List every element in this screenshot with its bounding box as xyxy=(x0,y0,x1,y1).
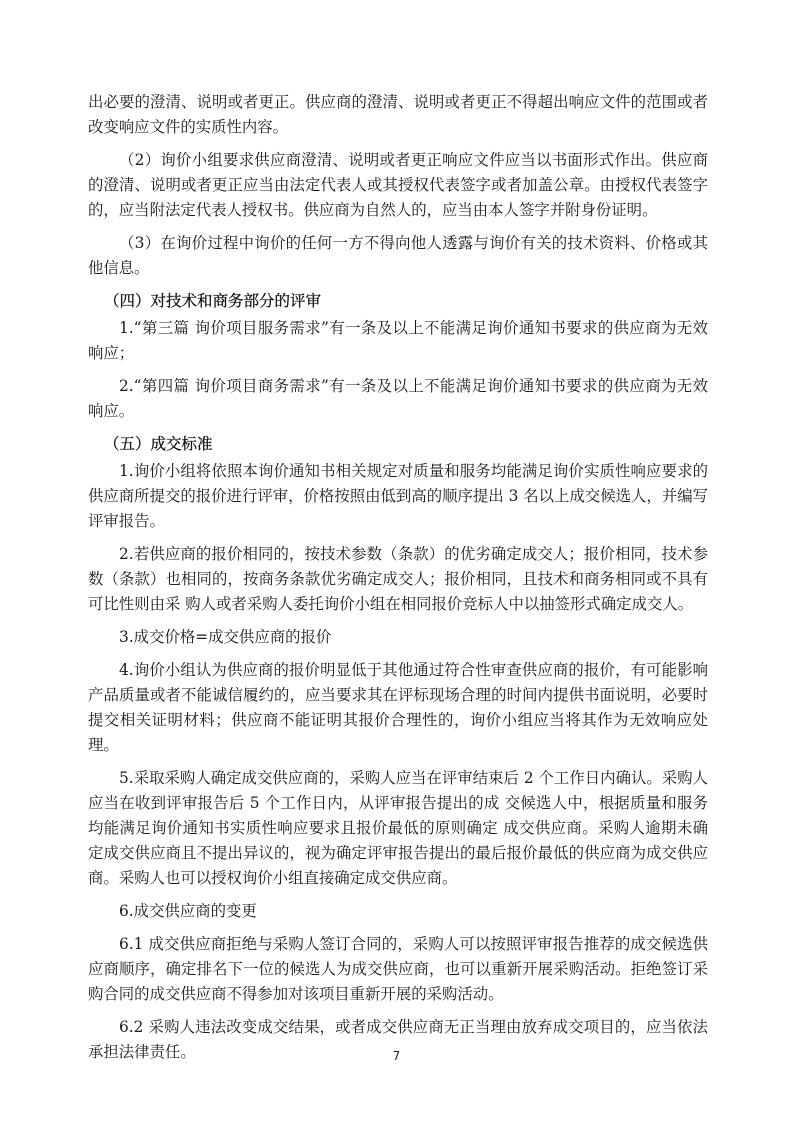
paragraph-confidentiality: （3）在询价过程中询价的任何一方不得向他人透露与询价有关的技术资料、价格或其他信… xyxy=(88,231,708,281)
paragraph-clarification-written-form: （2）询价小组要求供应商澄清、说明或者更正响应文件应当以书面形式作出。供应商的澄… xyxy=(88,148,708,223)
paragraph-supplier-refusal: 6.1 成交供应商拒绝与采购人签订合同的，采购人可以按照评审报告推荐的成交候选供… xyxy=(88,932,708,1007)
paragraph-award-evaluation: 1.询价小组将依照本询价通知书相关规定对质量和服务均能满足询价实质性响应要求的供… xyxy=(88,459,708,534)
document-page: 出必要的澄清、说明或者更正。供应商的澄清、说明或者更正不得超出响应文件的范围或者… xyxy=(88,90,708,1073)
page-number: 7 xyxy=(0,1049,793,1063)
paragraph-clarification-scope: 出必要的澄清、说明或者更正。供应商的澄清、说明或者更正不得超出响应文件的范围或者… xyxy=(88,90,708,140)
paragraph-commercial-requirements: 2.“第四篇 询价项目商务需求”有一条及以上不能满足询价通知书要求的供应商为无效… xyxy=(88,374,708,424)
paragraph-supplier-change-title: 6.成交供应商的变更 xyxy=(88,899,708,924)
section-heading-technical-commercial-review: （四）对技术和商务部分的评审 xyxy=(88,289,708,314)
section-heading-award-criteria: （五）成交标准 xyxy=(88,432,708,457)
paragraph-tie-break-rules: 2.若供应商的报价相同的，按技术参数（条款）的优劣确定成交人；报价相同，技术参 … xyxy=(88,542,708,617)
paragraph-purchaser-confirmation: 5.采取采购人确定成交供应商的，采购人应当在评审结束后 2 个工作日内确认。采购… xyxy=(88,766,708,891)
paragraph-award-price: 3.成交价格=成交供应商的报价 xyxy=(88,625,708,650)
paragraph-service-requirements: 1.“第三篇 询价项目服务需求”有一条及以上不能满足询价通知书要求的供应商为无效… xyxy=(88,316,708,366)
paragraph-abnormally-low-price: 4.询价小组认为供应商的报价明显低于其他通过符合性审查供应商的报价，有可能影响产… xyxy=(88,658,708,758)
